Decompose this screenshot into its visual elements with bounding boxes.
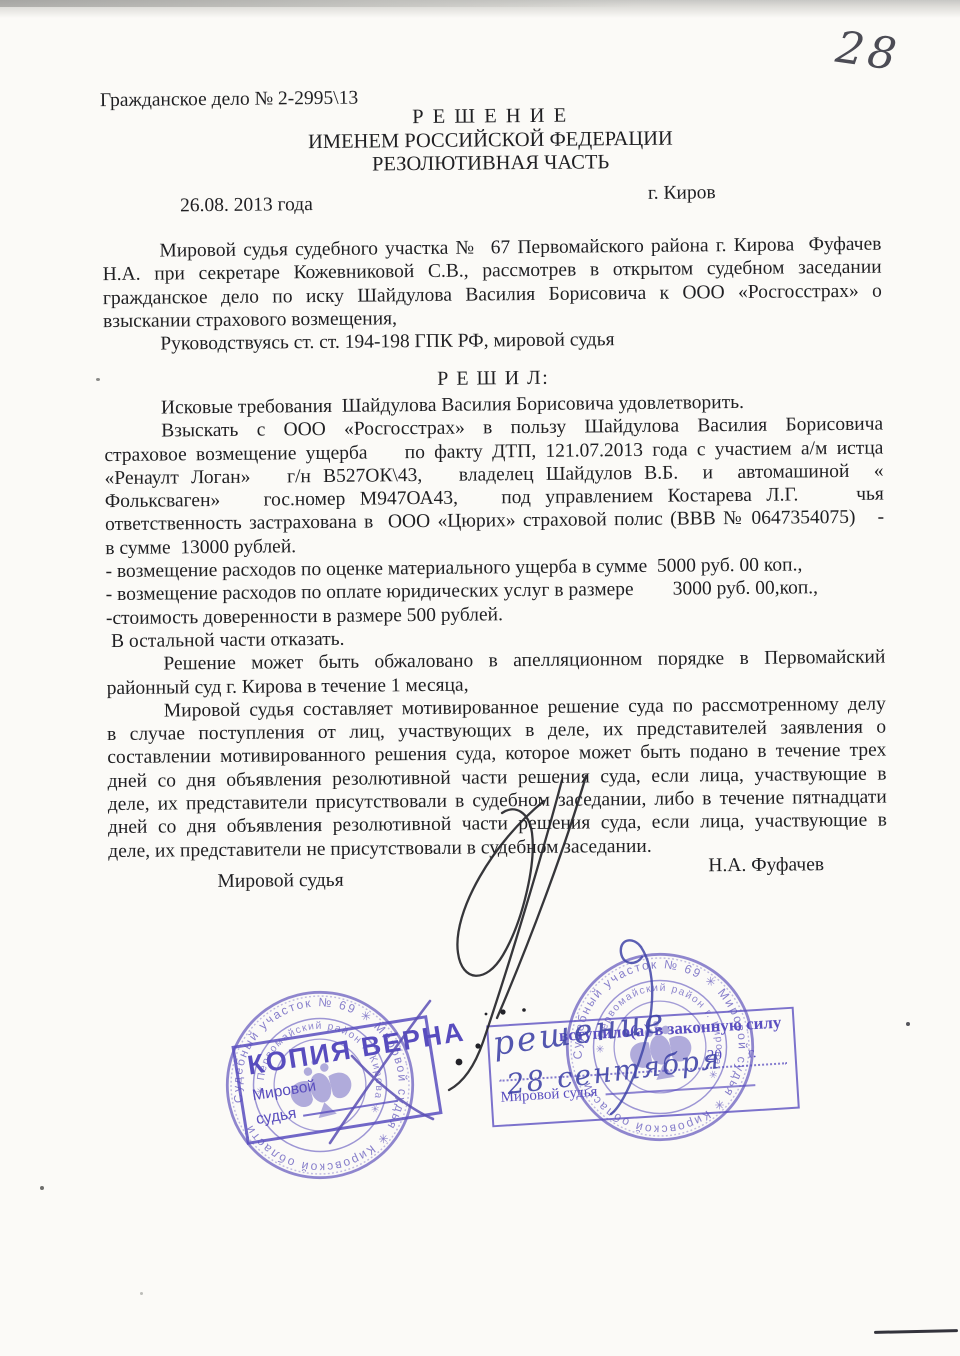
decision-date: 26.08. 2013 года: [180, 194, 313, 217]
signature-blank-line: [606, 1084, 756, 1095]
entered-into-force-stamp: вступило(а) в законную силу 20 г. Мирово…: [486, 1007, 800, 1128]
judge-signature-label: Мировой судья: [217, 870, 343, 893]
preamble-paragraph: Мировой судья судебного участка № 67 Пер…: [102, 233, 882, 357]
document-content: Гражданское дело № 2-2995\13 Р Е Ш Е Н И…: [0, 0, 960, 1356]
resolution-heading: Р Е Ш И Л:: [104, 364, 883, 394]
resolution-body: Исковые требования Шайдулова Василия Бор…: [104, 390, 887, 863]
copy-stamp-judge-label: судья: [255, 1105, 298, 1128]
judge-name: Н.А. Фуфачев: [708, 854, 824, 877]
signature-blank-line: [303, 1100, 398, 1117]
entered-force-judge-label: Мировой судья: [500, 1084, 598, 1106]
decision-title-block: Р Е Ш Е Н И Е ИМЕНЕМ РОССИЙСКОЙ ФЕДЕРАЦИ…: [101, 102, 880, 180]
decision-city: г. Киров: [648, 182, 716, 205]
scanned-court-decision-page: 28 Гражданское дело № 2-2995\13 Р Е Ш Е …: [0, 0, 960, 1356]
